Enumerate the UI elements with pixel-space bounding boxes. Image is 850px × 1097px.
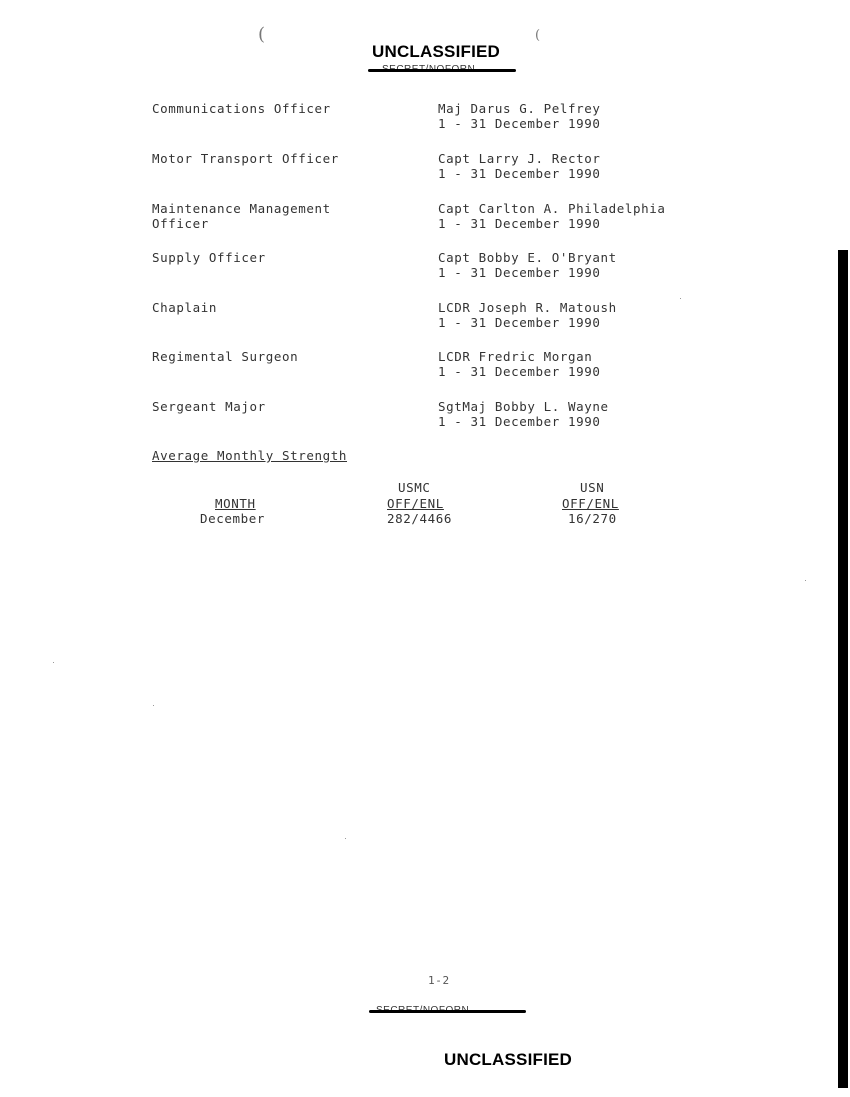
officer-name: Capt Carlton A. Philadelphia [438, 201, 666, 216]
scan-speck [805, 580, 806, 581]
scan-artifact-paren-right: ( [535, 28, 540, 43]
officer-period: 1 - 31 December 1990 [438, 315, 601, 330]
officer-period: 1 - 31 December 1990 [438, 364, 601, 379]
column-header-month: MONTH [215, 496, 256, 511]
officer-title: Regimental Surgeon [152, 349, 298, 364]
scan-speck [53, 662, 54, 663]
strike-line-header [368, 69, 516, 72]
table-cell-usn: 16/270 [568, 511, 617, 526]
strike-line-footer [369, 1010, 526, 1013]
scan-speck [680, 298, 681, 299]
officer-title: Maintenance Management [152, 201, 331, 216]
officer-title: Supply Officer [152, 250, 266, 265]
officer-name: SgtMaj Bobby L. Wayne [438, 399, 609, 414]
scan-speck [345, 838, 346, 839]
officer-period: 1 - 31 December 1990 [438, 414, 601, 429]
officer-name: Capt Larry J. Rector [438, 151, 601, 166]
officer-title: Sergeant Major [152, 399, 266, 414]
officer-name: Maj Darus G. Pelfrey [438, 101, 601, 116]
officer-title: Motor Transport Officer [152, 151, 339, 166]
officer-period: 1 - 31 December 1990 [438, 116, 601, 131]
officer-period: 1 - 31 December 1990 [438, 216, 601, 231]
officer-period: 1 - 31 December 1990 [438, 166, 601, 181]
scan-artifact-paren-left: ( [258, 24, 265, 45]
column-group-usmc: USMC [398, 480, 431, 495]
table-cell-month: December [200, 511, 265, 526]
column-header-usn: OFF/ENL [562, 496, 619, 511]
classification-footer: UNCLASSIFIED [444, 1050, 572, 1070]
scan-edge-bar [838, 250, 848, 1088]
officer-period: 1 - 31 December 1990 [438, 265, 601, 280]
officer-title-cont: Officer [152, 216, 209, 231]
classification-header: UNCLASSIFIED [372, 42, 500, 62]
officer-title: Chaplain [152, 300, 217, 315]
column-group-usn: USN [580, 480, 604, 495]
scan-speck [153, 705, 154, 706]
column-header-usmc: OFF/ENL [387, 496, 444, 511]
table-cell-usmc: 282/4466 [387, 511, 452, 526]
officer-name: Capt Bobby E. O'Bryant [438, 250, 617, 265]
officer-name: LCDR Joseph R. Matoush [438, 300, 617, 315]
strength-heading: Average Monthly Strength [152, 448, 347, 463]
officer-name: LCDR Fredric Morgan [438, 349, 592, 364]
page-number: 1-2 [428, 973, 450, 988]
officer-title: Communications Officer [152, 101, 331, 116]
